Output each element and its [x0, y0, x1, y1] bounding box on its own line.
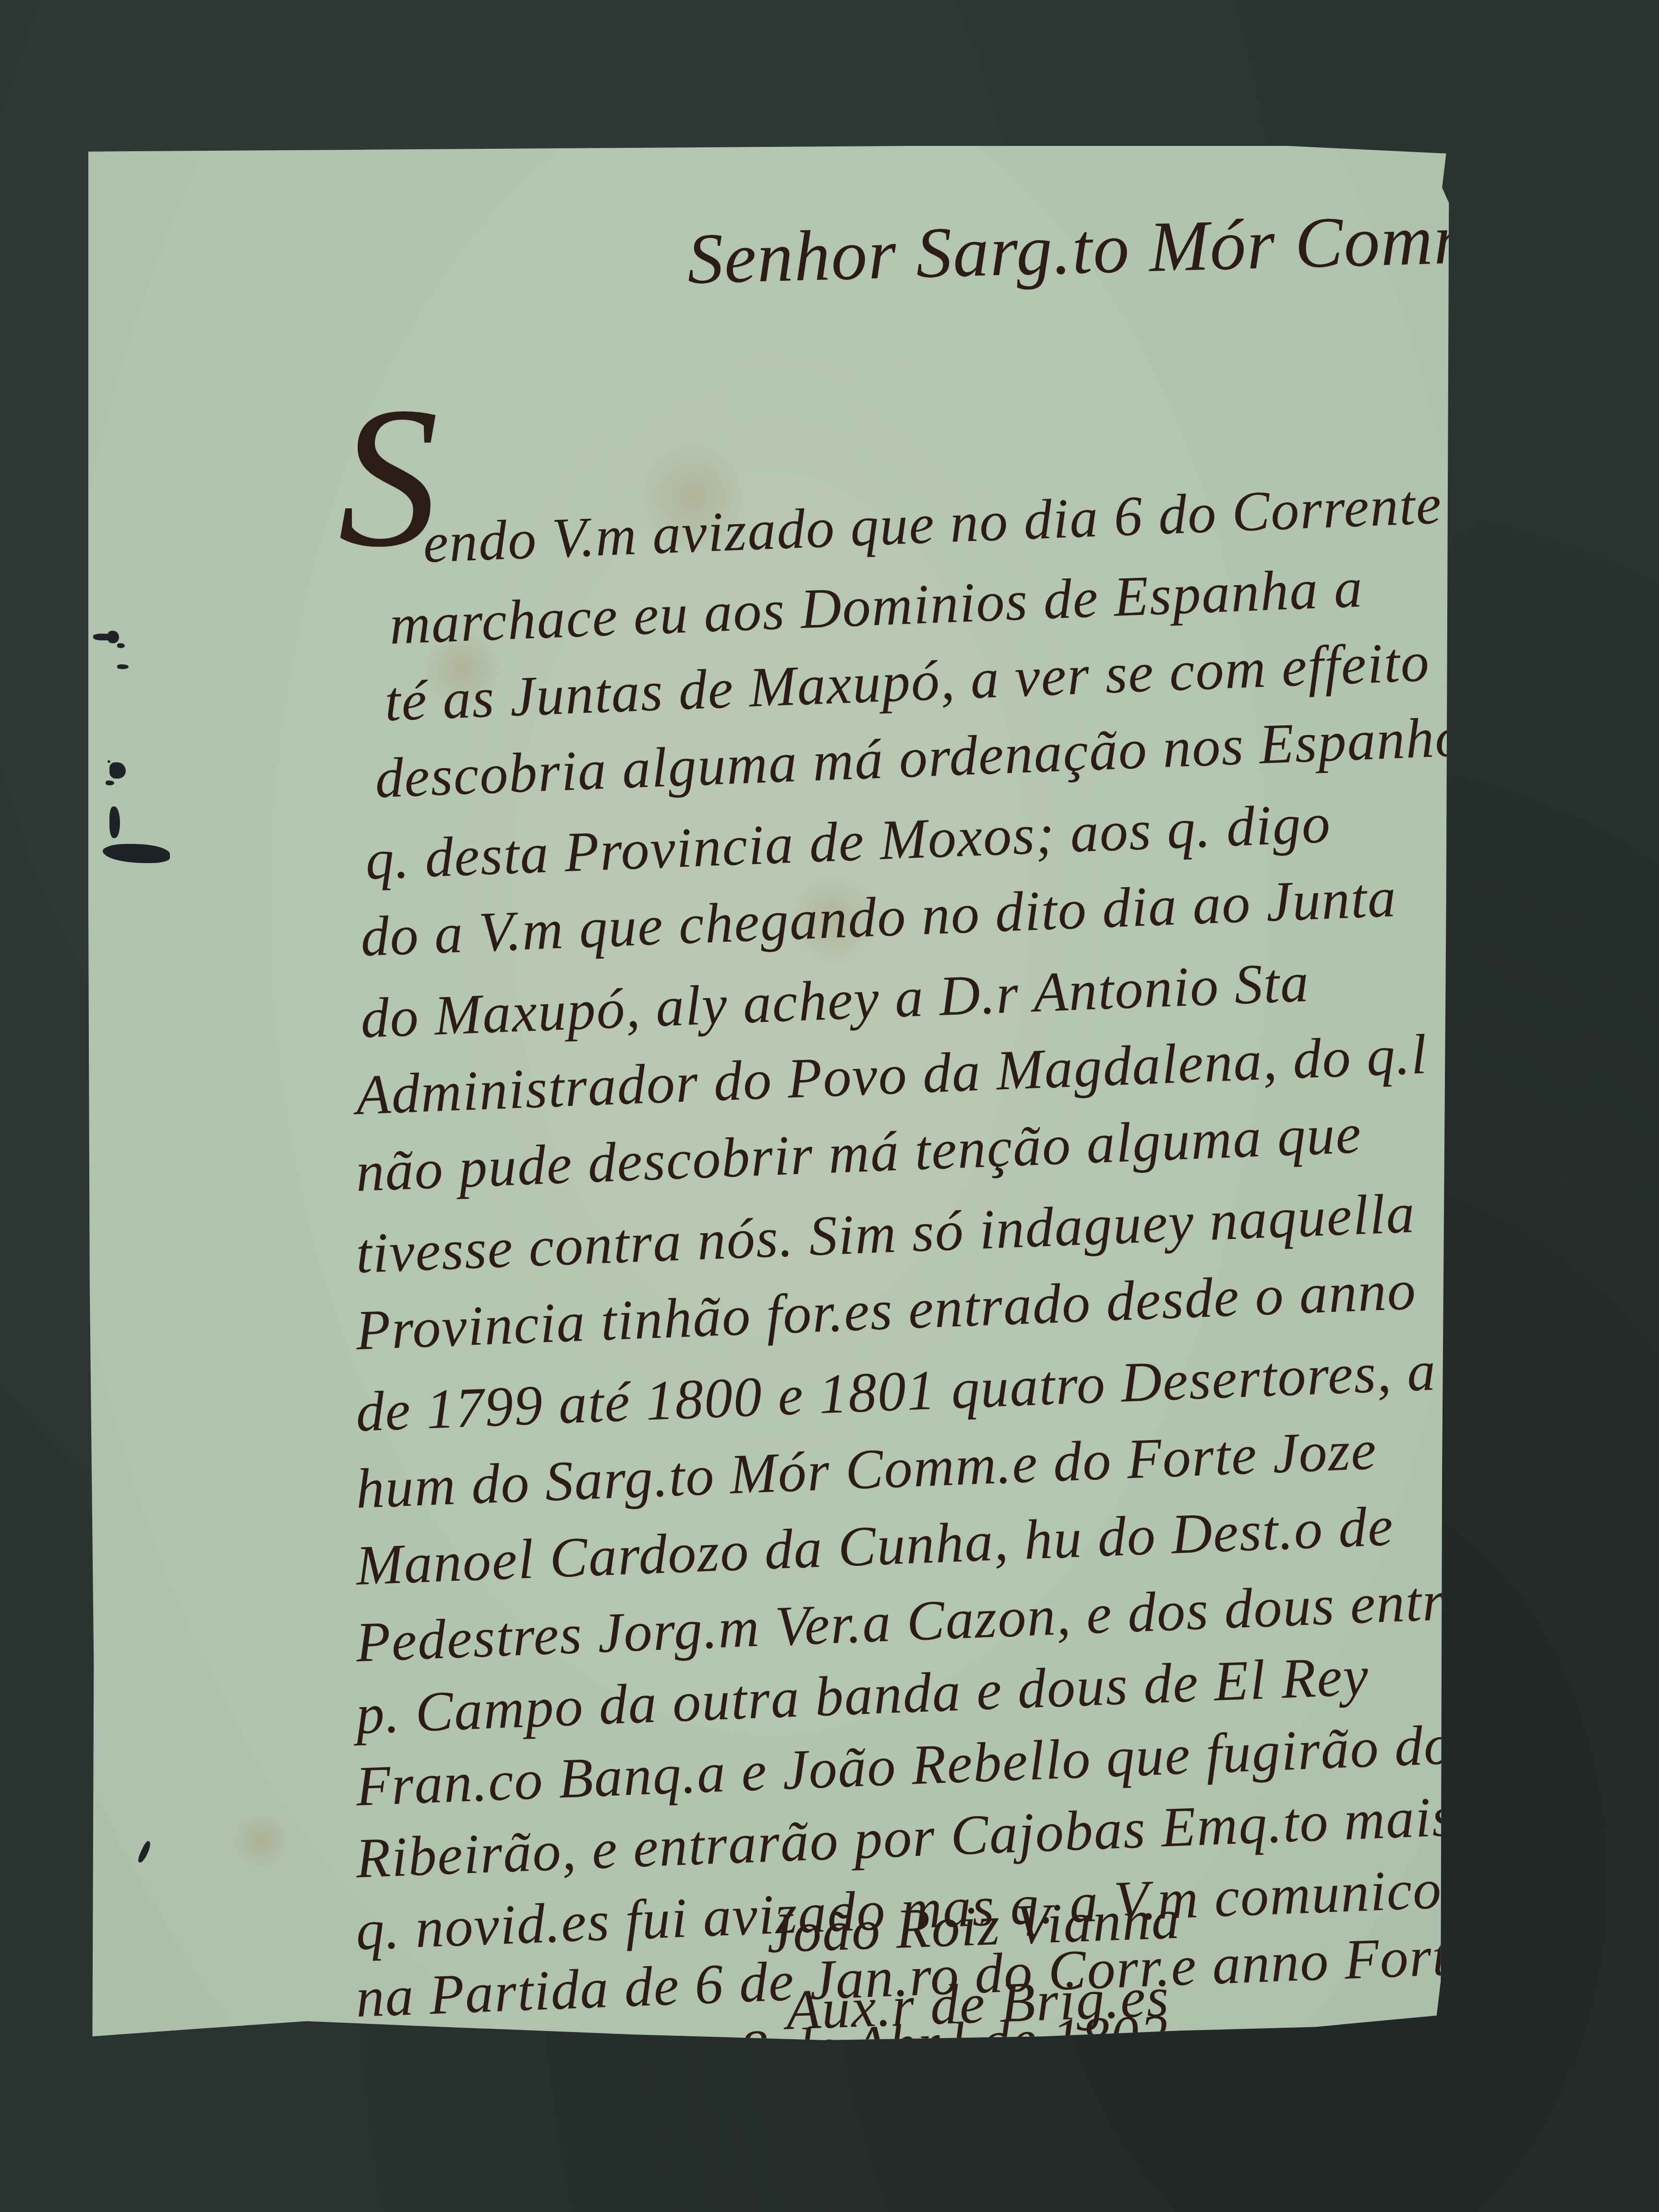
- ink-blot: [117, 643, 125, 648]
- manuscript-page: Senhor Sarg.to Mór Comm.e S endo V.m avi…: [88, 146, 1452, 2042]
- ink-blot: [117, 664, 129, 669]
- ink-blot: [109, 806, 120, 838]
- ink-blot: [106, 781, 114, 785]
- ink-blot: [108, 631, 119, 643]
- ink-blot: [108, 760, 110, 763]
- ink-blot: [103, 844, 170, 863]
- paper-stain: [232, 1812, 290, 1869]
- ink-blot: [109, 762, 126, 779]
- letter-heading: Senhor Sarg.to Mór Comm.e: [686, 196, 1539, 301]
- signature-title: Aux.r de Brig.es: [785, 1964, 1170, 2043]
- ink-blot: [137, 1840, 153, 1863]
